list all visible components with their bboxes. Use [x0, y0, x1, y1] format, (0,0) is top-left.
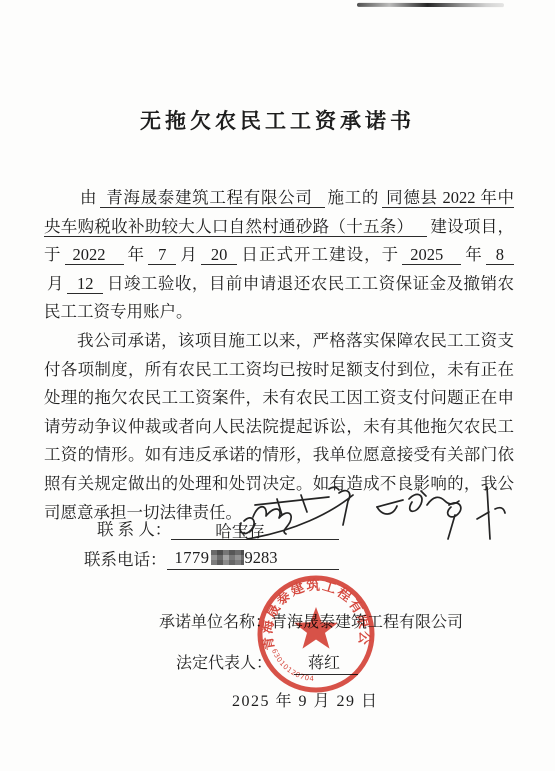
- end-day-blank: 12: [67, 274, 104, 294]
- document-body: 由青海晟泰建筑工程有限公司施工的同德县 2022 年中央车购税收补助较大人口自然…: [44, 184, 514, 527]
- month-label-2: 月: [47, 274, 64, 293]
- p1-mid1: 施工的: [328, 188, 380, 207]
- paragraph-project-info: 由青海晟泰建筑工程有限公司施工的同德县 2022 年中央车购税收补助较大人口自然…: [44, 184, 514, 327]
- contact-phone-label: 联系电话：: [84, 550, 167, 569]
- scan-artifact-line: [357, 3, 504, 7]
- p1-mid3: 日正式开工建设，于: [240, 245, 399, 264]
- handwritten-signature-1: [240, 487, 353, 539]
- document-page: 无拖欠农民工工资承诺书 由青海晟泰建筑工程有限公司施工的同德县 2022 年中央…: [0, 0, 555, 771]
- year-label-2: 年: [464, 245, 483, 264]
- start-year-blank: 2022: [65, 245, 124, 265]
- official-red-seal: 青海晟泰建筑工程有限公司 6301012070438: [250, 568, 382, 700]
- p1-lead: 由: [80, 188, 97, 207]
- document-title: 无拖欠农民工工资承诺书: [0, 105, 555, 135]
- phone-prefix: 1779: [175, 548, 210, 567]
- seal-star-icon: [294, 607, 338, 649]
- end-month-blank: 8: [486, 245, 514, 265]
- handwritten-signatures: [225, 479, 517, 561]
- start-month-blank: 7: [148, 245, 176, 265]
- end-year-blank: 2025: [402, 245, 461, 265]
- year-label: 年: [127, 245, 146, 264]
- p1-tail: 日竣工验收，目前申请退还农民工工资保证金及撤销农民工工资专用账户。: [44, 274, 514, 322]
- month-label: 月: [179, 245, 198, 264]
- handwritten-signature-2: [377, 487, 505, 539]
- company-name-blank: 青海晟泰建筑工程有限公司: [100, 188, 324, 208]
- contact-person-label: 联 系 人：: [97, 520, 171, 539]
- start-day-blank: 20: [201, 245, 238, 265]
